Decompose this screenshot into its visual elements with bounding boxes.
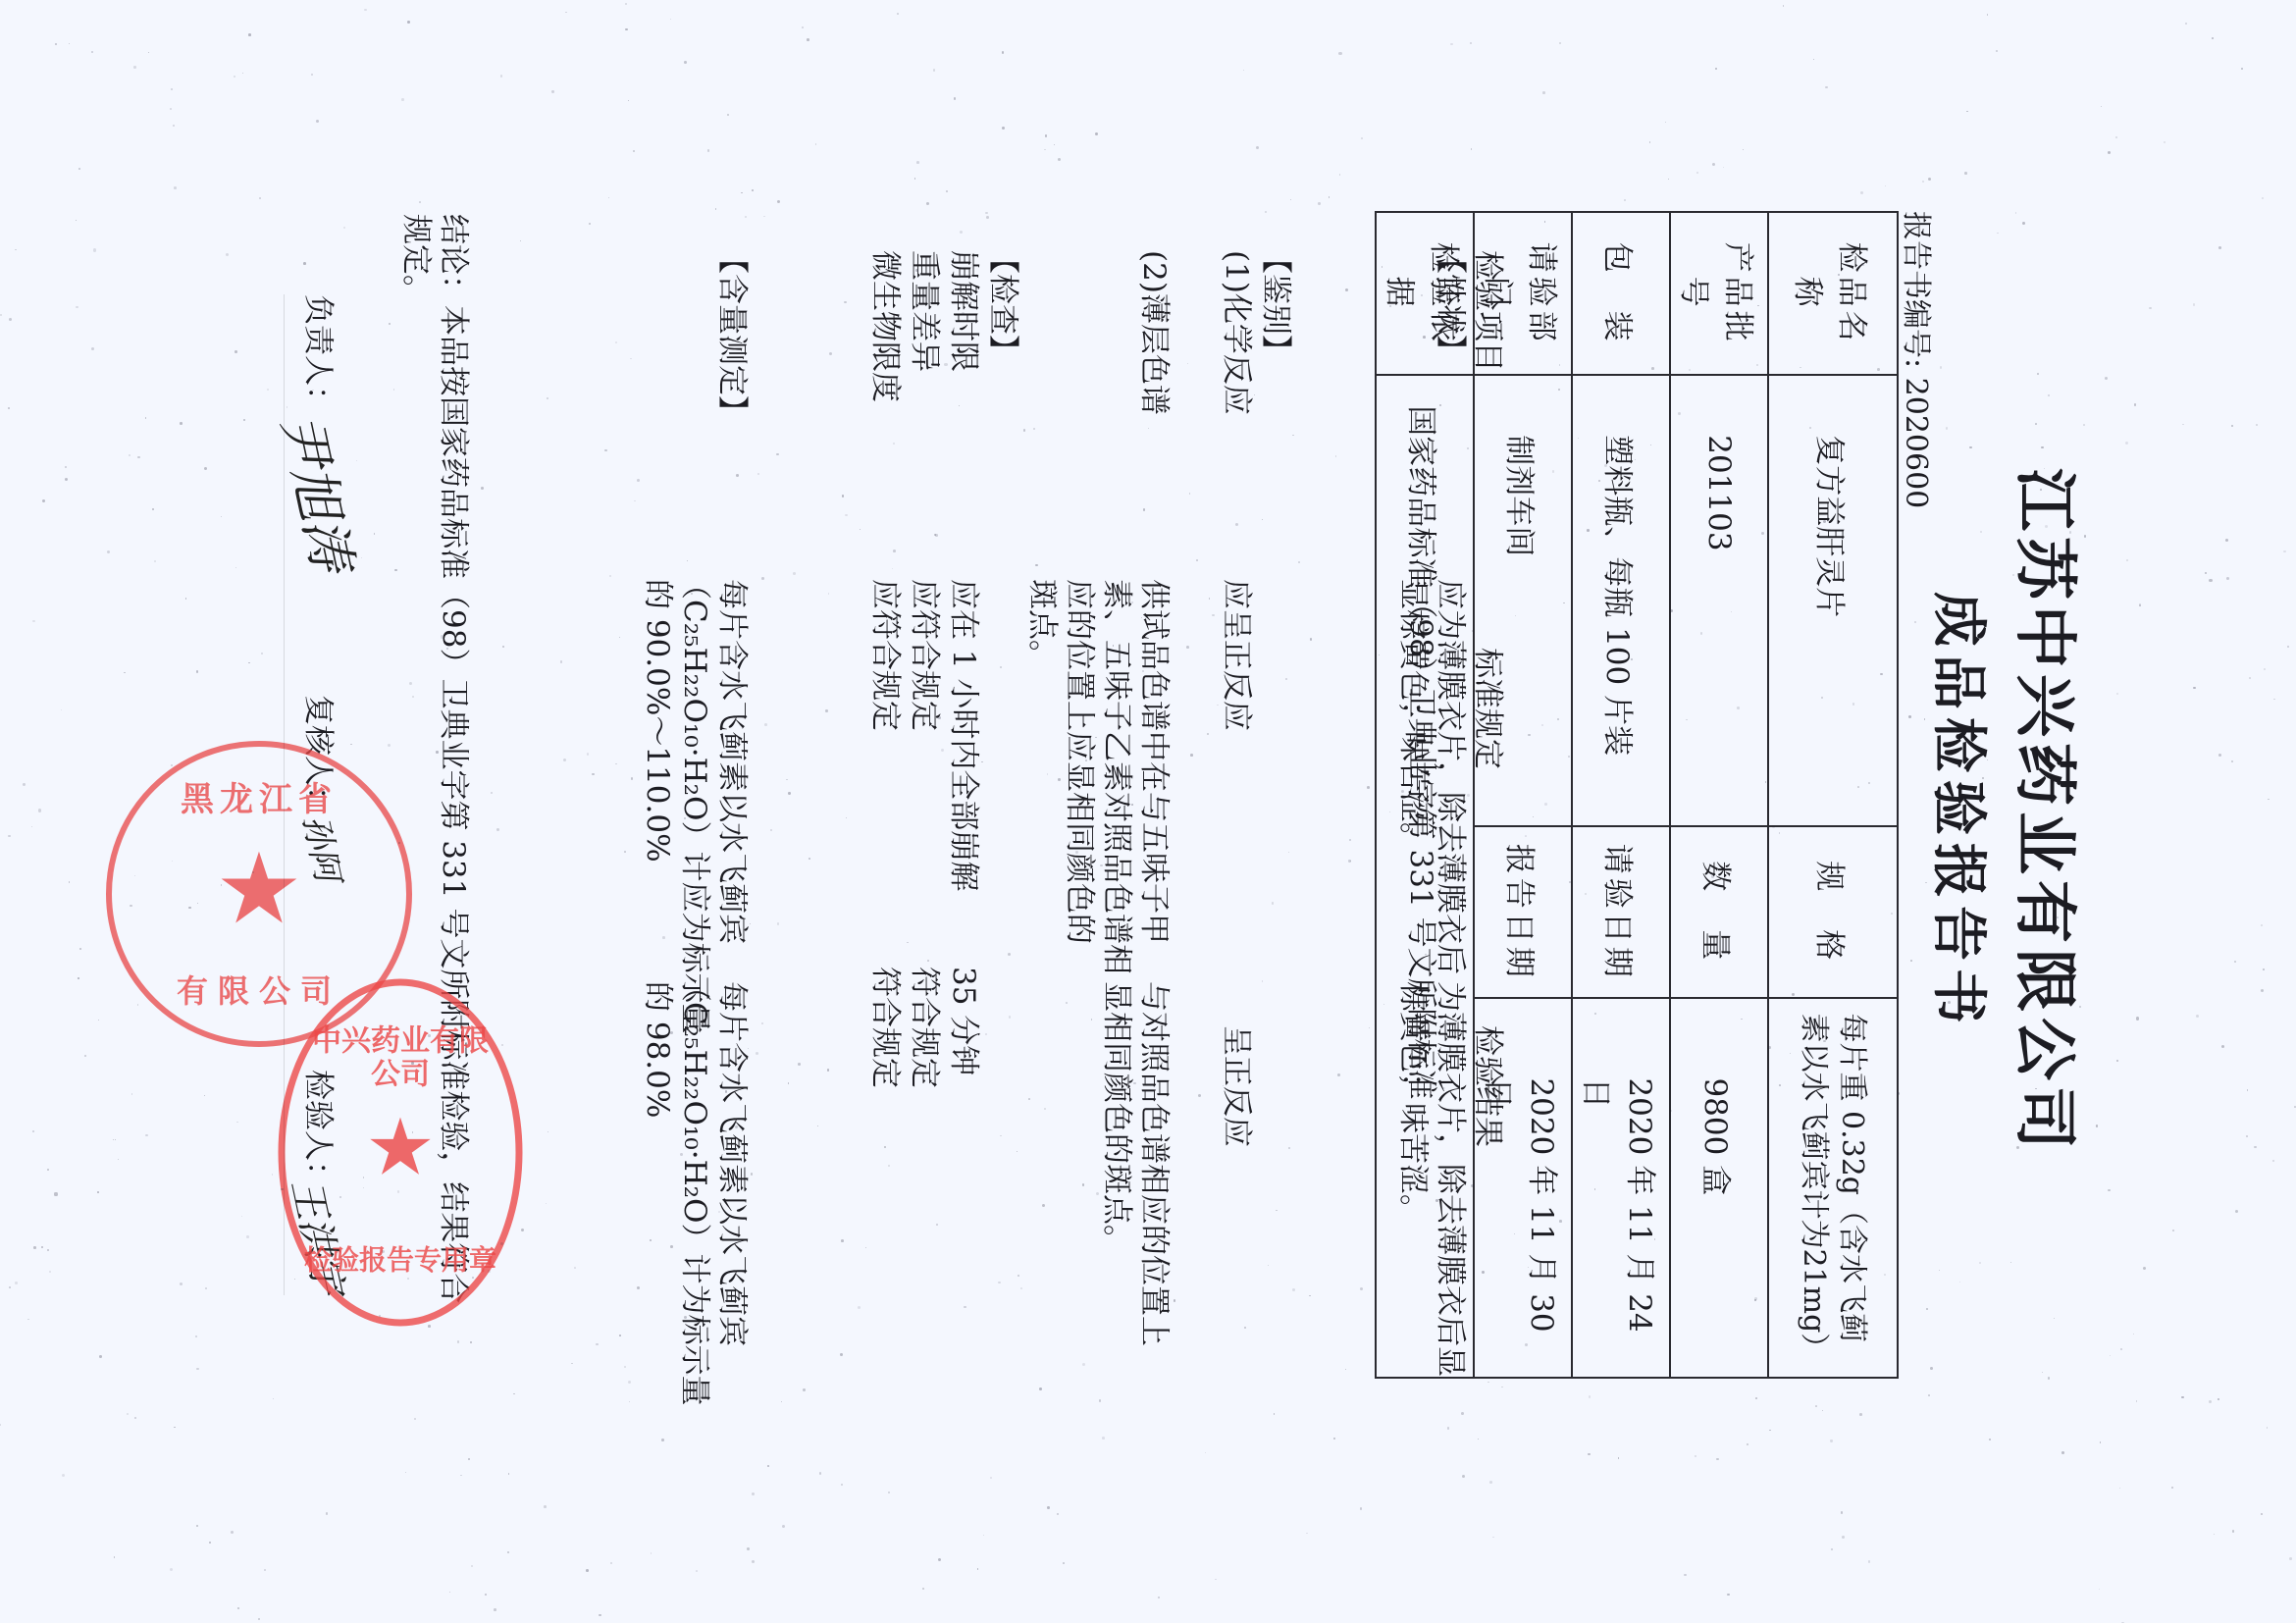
label-report-date: 报告日期 [1474,826,1572,998]
table-row: 检品名称 复方益肝灵片 规 格 每片重 0.32g（含水飞蓟素以水飞蓟宾计为21… [1768,212,1898,1378]
label-quantity: 数 量 [1670,826,1768,998]
test-disintegration-name: 崩解时限 [945,250,989,372]
test-weight-standard: 应符合规定 [906,579,950,731]
oval-seal-text: 中兴药业有限公司 [286,1025,516,1092]
value-batch-no: 201103 [1670,375,1768,826]
ident-chem-result: 呈正反应 [1218,1025,1262,1147]
ident-tlc-standard-l4: 斑点。 [1023,579,1068,670]
test-disintegration-standard: 应在 1 小时内全部崩解 [945,579,989,891]
assay-result-l3: 的 98.0% [639,981,683,1118]
table-row: 包 装 塑料瓶、每瓶 100 片装 请验日期 2020 年 11 月 24 日 [1572,212,1670,1378]
responsible-label: 负责人： [299,294,343,416]
star-icon: ★ [286,1109,516,1187]
label-packaging: 包 装 [1572,212,1670,375]
assay-standard-l3: 的 90.0%～110.0% [639,579,683,863]
inspection-report-page: 江苏中兴药业有限公司 成品检验报告书 报告书编号: 2020600 检品名称 复… [0,0,2296,1623]
test-microbial-result: 符合规定 [866,967,911,1088]
report-number-label: 报告书编号: [1899,211,1933,368]
company-name: 江苏中兴药业有限公司 [2005,0,2095,1623]
ident-chem-name: (1)化学反应 [1218,250,1262,415]
table-row: 产品批号 201103 数 量 9800 盒 [1670,212,1768,1378]
value-product-name: 复方益肝灵片 [1768,375,1898,826]
value-packaging: 塑料瓶、每瓶 100 片装 [1572,375,1670,826]
test-disintegration-result: 35 分钟 [945,967,989,1075]
star-icon: ★ [112,840,406,938]
label-spec: 规 格 [1768,826,1898,998]
test-microbial-name: 微生物限度 [866,250,911,402]
report-number-value: 2020600 [1899,378,1933,509]
label-request-date: 请验日期 [1572,826,1670,998]
oval-seal-bottom-text: 检验报告专用章 [286,1239,516,1279]
appearance-result-l2: 棕黄色；味苦涩。 [1394,981,1438,1225]
conclusion-line2: 规定。 [397,214,442,305]
appearance-standard-l2: 显棕黄色；味苦涩。 [1394,579,1438,853]
value-quantity: 9800 盒 [1670,998,1768,1378]
value-spec: 每片重 0.32g（含水飞蓟素以水飞蓟宾计为21mg） [1768,998,1898,1378]
oval-report-seal: 中兴药业有限公司 ★ 检验报告专用章 [279,979,523,1327]
label-batch-no: 产品批号 [1670,212,1768,375]
test-weight-result: 符合规定 [906,967,950,1088]
test-microbial-standard: 应符合规定 [866,579,911,731]
section-identification: 【鉴别】 [1257,243,1301,365]
ident-chem-standard: 应呈正反应 [1218,579,1262,731]
report-number: 报告书编号: 2020600 [1898,211,1941,508]
ident-tlc-result-l2: 显相同颜色的斑点。 [1098,981,1142,1255]
test-weight-name: 重量差异 [906,250,950,372]
label-product-name: 检品名称 [1768,212,1898,375]
section-appearance: 【性状】 [1432,243,1476,365]
value-request-date: 2020 年 11 月 24 日 [1572,998,1670,1378]
signature-divider [284,294,285,1295]
section-assay: 【含量测定】 [713,243,757,426]
section-tests: 【检查】 [984,243,1028,365]
table-row: 请验部门 制剂车间 报告日期 2020 年 11 月 30 日 [1474,212,1572,1378]
round-seal-text: 黑龙江省 [112,772,406,820]
ident-tlc-name: (2)薄层色谱 [1135,250,1179,415]
